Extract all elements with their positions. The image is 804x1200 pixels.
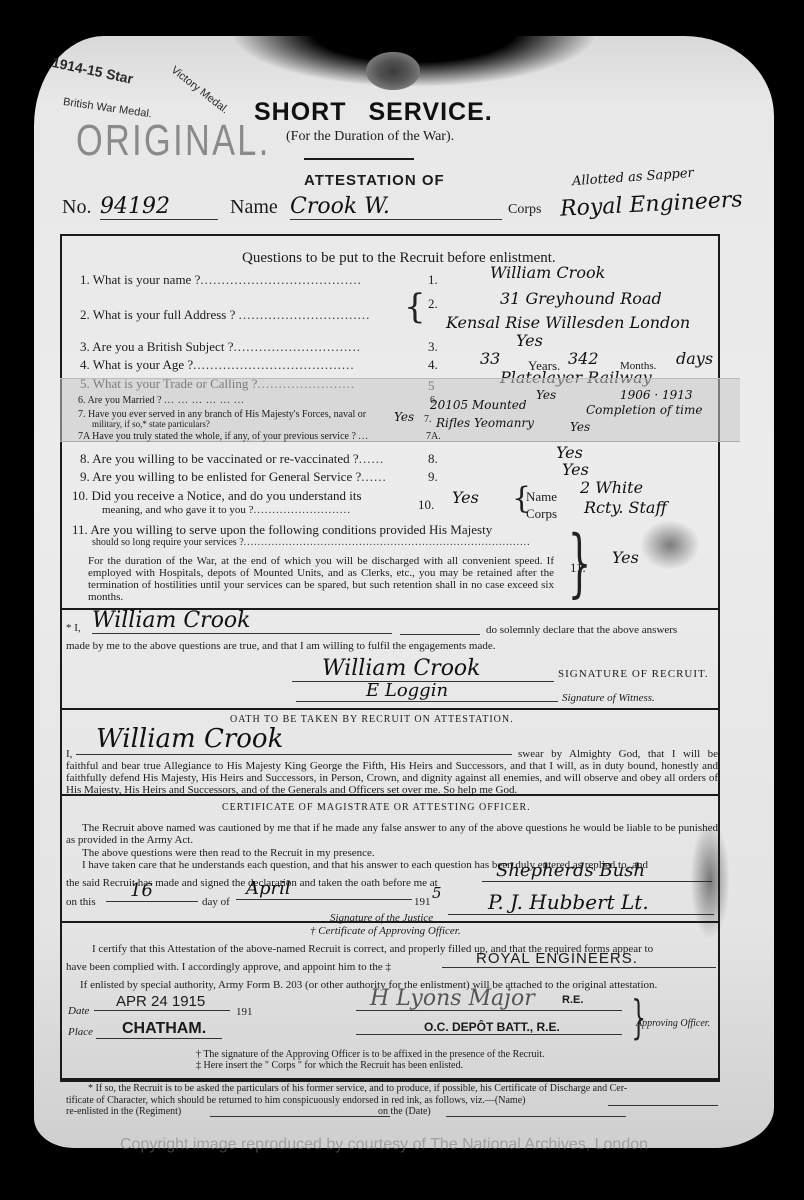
royal-crest-icon xyxy=(366,52,420,90)
answer-7-line2: Rifles Yeomanry xyxy=(436,416,534,430)
question-10-line2: meaning, and who gave it to you ?.......… xyxy=(102,504,351,516)
attestation-day: 16 xyxy=(106,880,198,902)
question-10: 10. Did you receive a Notice, and do you… xyxy=(72,488,362,504)
footnote-line-3: re-enlisted in the (Regiment) xyxy=(66,1106,181,1118)
oath-text: swear by Almighty God, that I will be fa… xyxy=(66,748,718,796)
approving-officer-label: Approving Officer. xyxy=(636,1018,710,1029)
corps-label: Corps xyxy=(508,202,541,218)
question-11-line2: should so long require your services ?..… xyxy=(92,537,531,548)
question-2: 2. What is your full Address ? .........… xyxy=(80,307,370,323)
answer-number-4: 4. xyxy=(428,357,438,373)
section-divider xyxy=(60,794,720,796)
answer-1-name: William Crook xyxy=(490,263,605,282)
answer-9: Yes xyxy=(562,460,589,479)
notice-name-value: 2 White xyxy=(580,478,643,497)
answer-number-2: 2. xyxy=(428,296,438,312)
justice-signature: P. J. Hubbert Lt. xyxy=(448,890,714,915)
number-label: No. xyxy=(62,196,91,219)
approval-place: CHATHAM. xyxy=(96,1020,222,1039)
answer-2-address-line1: 31 Greyhound Road xyxy=(500,289,662,308)
answer-number-7: 7. xyxy=(424,414,432,425)
date-label: Date xyxy=(68,1005,89,1017)
section-divider xyxy=(60,921,720,923)
question-4: 4. What is your Age ?...................… xyxy=(80,357,355,373)
question-9: 9. Are you willing to be enlisted for Ge… xyxy=(80,469,387,485)
divider xyxy=(304,158,414,160)
date-suffix: 191 xyxy=(236,1006,253,1018)
day-of-label: day of xyxy=(202,896,230,909)
declaration-name: William Crook xyxy=(92,608,392,634)
answer-7-extra: Completion of time xyxy=(586,403,702,417)
place-label: Place xyxy=(68,1026,93,1038)
declaration-text-2: made by me to the above questions are tr… xyxy=(66,640,495,653)
notice-corps-label: Corps xyxy=(526,506,557,522)
recruit-signature: William Crook xyxy=(292,656,554,682)
notice-corps-value: Rcty. Staff xyxy=(584,498,667,517)
blank-regiment-line xyxy=(210,1116,390,1117)
declaration-text-1: do solemnly declare that the above answe… xyxy=(486,624,677,637)
attestation-place: Shepherds Bush xyxy=(482,860,712,882)
answer-11: Yes xyxy=(612,548,639,567)
attestation-month: April xyxy=(236,878,412,900)
service-conditions: For the duration of the War, at the end … xyxy=(88,555,554,603)
blank-line xyxy=(400,634,480,635)
answer-6: Yes xyxy=(536,388,556,402)
approving-officer-signature: H Lyons Major xyxy=(370,986,535,1011)
question-7-line2: military, if so,* state particulars? xyxy=(92,419,210,429)
re-stamp: R.E. xyxy=(562,994,583,1006)
answer-number-11: 11. xyxy=(570,560,586,576)
copyright-watermark: Copyright image reproduced by courtesy o… xyxy=(120,1136,648,1154)
original-stamp: ORIGINAL. xyxy=(76,116,271,166)
appointed-corps: ROYAL ENGINEERS. xyxy=(442,950,716,968)
name-label: Name xyxy=(230,196,278,219)
brace: { xyxy=(404,290,426,324)
regimental-number: 94192 xyxy=(100,194,218,220)
answer-number-3: 3. xyxy=(428,339,438,355)
answer-10: Yes xyxy=(452,488,479,507)
approving-p3: If enlisted by special authority, Army F… xyxy=(80,979,657,991)
answer-7-line1: 20105 Mounted xyxy=(430,398,527,412)
question-7a: 7A Have you truly stated the whole, if a… xyxy=(78,431,369,442)
answer-number-9: 9. xyxy=(428,469,438,485)
form-subtitle: (For the Duration of the War). xyxy=(286,129,454,145)
approving-p2: have been complied with. I accordingly a… xyxy=(66,961,391,973)
brace: } xyxy=(631,994,646,1040)
form-title: SHORT SERVICE. xyxy=(254,98,493,127)
question-1: 1. What is your name ?..................… xyxy=(80,272,362,288)
answer-number-7a: 7A. xyxy=(426,431,441,442)
attestation-heading: ATTESTATION OF xyxy=(304,172,445,189)
answer-7a: Yes xyxy=(570,420,590,434)
year-suffix: 5 xyxy=(432,884,442,902)
recruit-signature-label: SIGNATURE OF RECRUIT. xyxy=(558,668,709,680)
question-6: 6. Are you Married ? ... ... ... ... ...… xyxy=(78,395,245,406)
year-prefix: 191 xyxy=(414,896,431,909)
answer-number-10: 10. xyxy=(418,497,434,513)
recruit-name: Crook W. xyxy=(290,194,502,220)
answer-4-extra: 342 xyxy=(568,349,599,368)
on-this-label: on this xyxy=(66,896,96,909)
section-divider xyxy=(60,1078,720,1080)
footnote-line-4: on the (Date) xyxy=(378,1106,431,1118)
magistrate-p2: The above questions were then read to th… xyxy=(82,847,375,859)
answer-7-side: Yes xyxy=(394,410,414,424)
magistrate-p1: The Recruit above named was cautioned by… xyxy=(66,822,718,846)
approving-heading: † Certificate of Approving Officer. xyxy=(310,925,461,937)
declaration-prefix: * I, xyxy=(66,622,81,635)
blank-name-line xyxy=(608,1105,718,1106)
question-11: 11. Are you willing to serve upon the fo… xyxy=(72,522,492,538)
magistrate-heading: CERTIFICATE OF MAGISTRATE OR ATTESTING O… xyxy=(222,802,531,813)
answer-4-unit: days xyxy=(676,349,713,368)
answer-number-8: 8. xyxy=(428,451,438,467)
section-divider xyxy=(60,708,720,710)
witness-signature-label: Signature of Witness. xyxy=(562,692,655,704)
oc-depot-stamp: O.C. DEPÔT BATT., R.E. xyxy=(356,1020,622,1035)
answer-3: Yes xyxy=(516,331,543,350)
approval-date: APR 24 1915 xyxy=(94,993,230,1011)
blank-date-line xyxy=(446,1116,626,1117)
question-8: 8. Are you willing to be vaccinated or r… xyxy=(80,451,384,467)
answer-number-1: 1. xyxy=(428,272,438,288)
answer-2-address-line2: Kensal Rise Willesden London xyxy=(446,313,690,332)
signature-line xyxy=(356,1010,622,1011)
answer-6-years: 1906 · 1913 xyxy=(620,388,693,402)
ink-stain xyxy=(640,520,700,570)
answer-4-years: 33 xyxy=(480,349,500,368)
footnote-line-1: * If so, the Recruit is to be asked the … xyxy=(88,1083,718,1095)
question-3: 3. Are you a British Subject ?..........… xyxy=(80,339,361,355)
approving-note-2: ‡ Here insert the " Corps " for which th… xyxy=(196,1060,463,1072)
ink-stain xyxy=(690,820,730,940)
notice-name-label: Name xyxy=(526,489,557,505)
witness-signature: E Loggin xyxy=(296,680,558,702)
